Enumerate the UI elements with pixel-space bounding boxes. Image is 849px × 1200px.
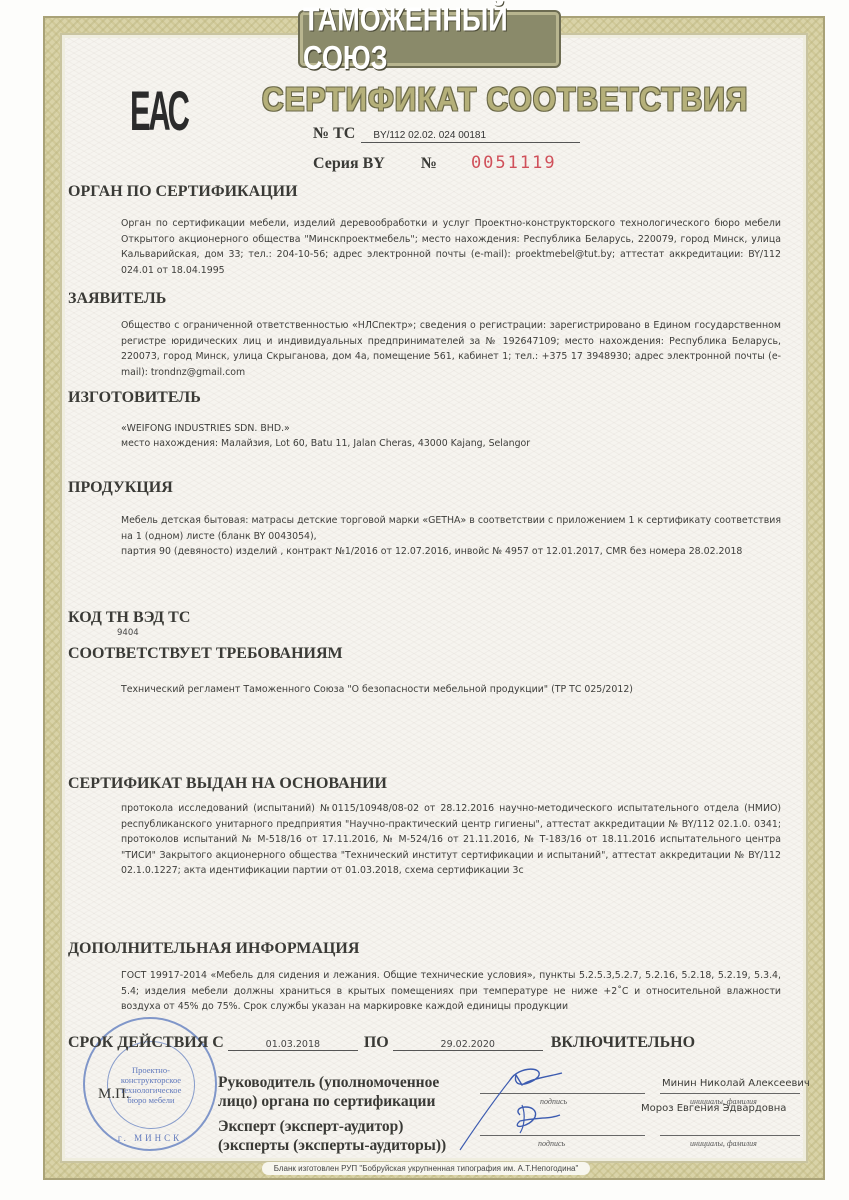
tc-label: № ТС: [313, 125, 355, 143]
heading-cert-body: ОРГАН ПО СЕРТИФИКАЦИИ: [68, 183, 298, 201]
heading-product: ПРОДУКЦИЯ: [68, 479, 173, 497]
text-basis: протокола исследований (испытаний) №0115…: [121, 801, 781, 879]
stamp-city: г. МИНСК: [85, 1133, 215, 1143]
expert-label: Эксперт (эксперт-аудитор) (эксперты (экс…: [218, 1117, 446, 1155]
validity-from-label: СРОК ДЕЙСТВИЯ С: [68, 1034, 224, 1052]
head-label-line-2: лицо) органа по сертификации: [218, 1092, 439, 1111]
series-number: 0051119: [471, 153, 557, 173]
validity-to-date: 29.02.2020: [393, 1039, 543, 1051]
expert-name: Мороз Евгения Эдвардовна: [641, 1103, 786, 1114]
stamp-line: бюро мебели: [127, 1095, 174, 1105]
stamp-line: Проектно-: [132, 1065, 170, 1075]
head-name-line: [660, 1093, 800, 1094]
certificate-title: СЕРТИФИКАТ СООТВЕТСТВИЯ: [262, 82, 748, 119]
series-line: Серия BY № 0051119: [313, 153, 557, 173]
manufacturer-name: «WEIFONG INDUSTRIES SDN. BHD.»: [121, 421, 781, 437]
banner-text: ТАМОЖЕННЫЙ СОЮЗ: [303, 0, 556, 78]
validity-line: СРОК ДЕЙСТВИЯ С 01.03.2018 ПО 29.02.2020…: [68, 1034, 695, 1052]
stamp-line: технологическое: [121, 1085, 182, 1095]
handwritten-signatures: [450, 1055, 570, 1155]
stamp-inner: Проектно- конструкторское технологическо…: [107, 1041, 195, 1129]
text-requirements: Технический регламент Таможенного Союза …: [121, 682, 781, 698]
manufacturer-address: место нахождения: Малайзия, Lot 60, Batu…: [121, 436, 781, 452]
seal-label: М.П.: [98, 1086, 130, 1103]
product-text-2: партия 90 (девяносто) изделий , контракт…: [121, 544, 781, 560]
printer-footer: Бланк изготовлен РУП "Бобруйская укрупне…: [262, 1162, 590, 1175]
validity-suffix: ВКЛЮЧИТЕЛЬНО: [551, 1034, 695, 1052]
text-applicant: Общество с ограниченной ответственностью…: [121, 318, 781, 380]
series-label: Серия BY: [313, 155, 385, 173]
heading-additional: ДОПОЛНИТЕЛЬНАЯ ИНФОРМАЦИЯ: [68, 940, 359, 958]
head-name: Минин Николай Алексеевич: [662, 1078, 810, 1089]
stamp-line: конструкторское: [121, 1075, 181, 1085]
heading-code: КОД ТН ВЭД ТС: [68, 609, 190, 627]
eac-logo: ЕАС: [130, 80, 163, 142]
heading-manufacturer: ИЗГОТОВИТЕЛЬ: [68, 389, 201, 407]
text-additional: ГОСТ 19917-2014 «Мебель для сидения и ле…: [121, 968, 781, 1015]
expert-label-line-2: (эксперты (эксперты-аудиторы)): [218, 1136, 446, 1155]
expert-name-line: [660, 1135, 800, 1136]
heading-applicant: ЗАЯВИТЕЛЬ: [68, 290, 166, 308]
code-value: 9404: [117, 628, 139, 638]
expert-label-line-1: Эксперт (эксперт-аудитор): [218, 1117, 446, 1136]
number-sign: №: [421, 155, 437, 173]
validity-from-date: 01.03.2018: [228, 1039, 358, 1051]
head-label-line-1: Руководитель (уполномоченное: [218, 1073, 439, 1092]
validity-to-label: ПО: [364, 1034, 389, 1052]
tc-number-line: № ТС BY/112 02.02. 024 00181: [313, 125, 580, 143]
product-text-1: Мебель детская бытовая: матрасы детские …: [121, 513, 781, 544]
heading-basis: СЕРТИФИКАТ ВЫДАН НА ОСНОВАНИИ: [68, 775, 387, 793]
customs-union-banner: ТАМОЖЕННЫЙ СОЮЗ: [300, 12, 559, 66]
expert-name-caption: инициалы, фамилия: [690, 1139, 757, 1148]
head-label: Руководитель (уполномоченное лицо) орган…: [218, 1073, 439, 1111]
heading-requirements: СООТВЕТСТВУЕТ ТРЕБОВАНИЯМ: [68, 645, 343, 663]
tc-number: BY/112 02.02. 024 00181: [361, 130, 580, 143]
text-cert-body: Орган по сертификации мебели, изделий де…: [121, 216, 781, 278]
